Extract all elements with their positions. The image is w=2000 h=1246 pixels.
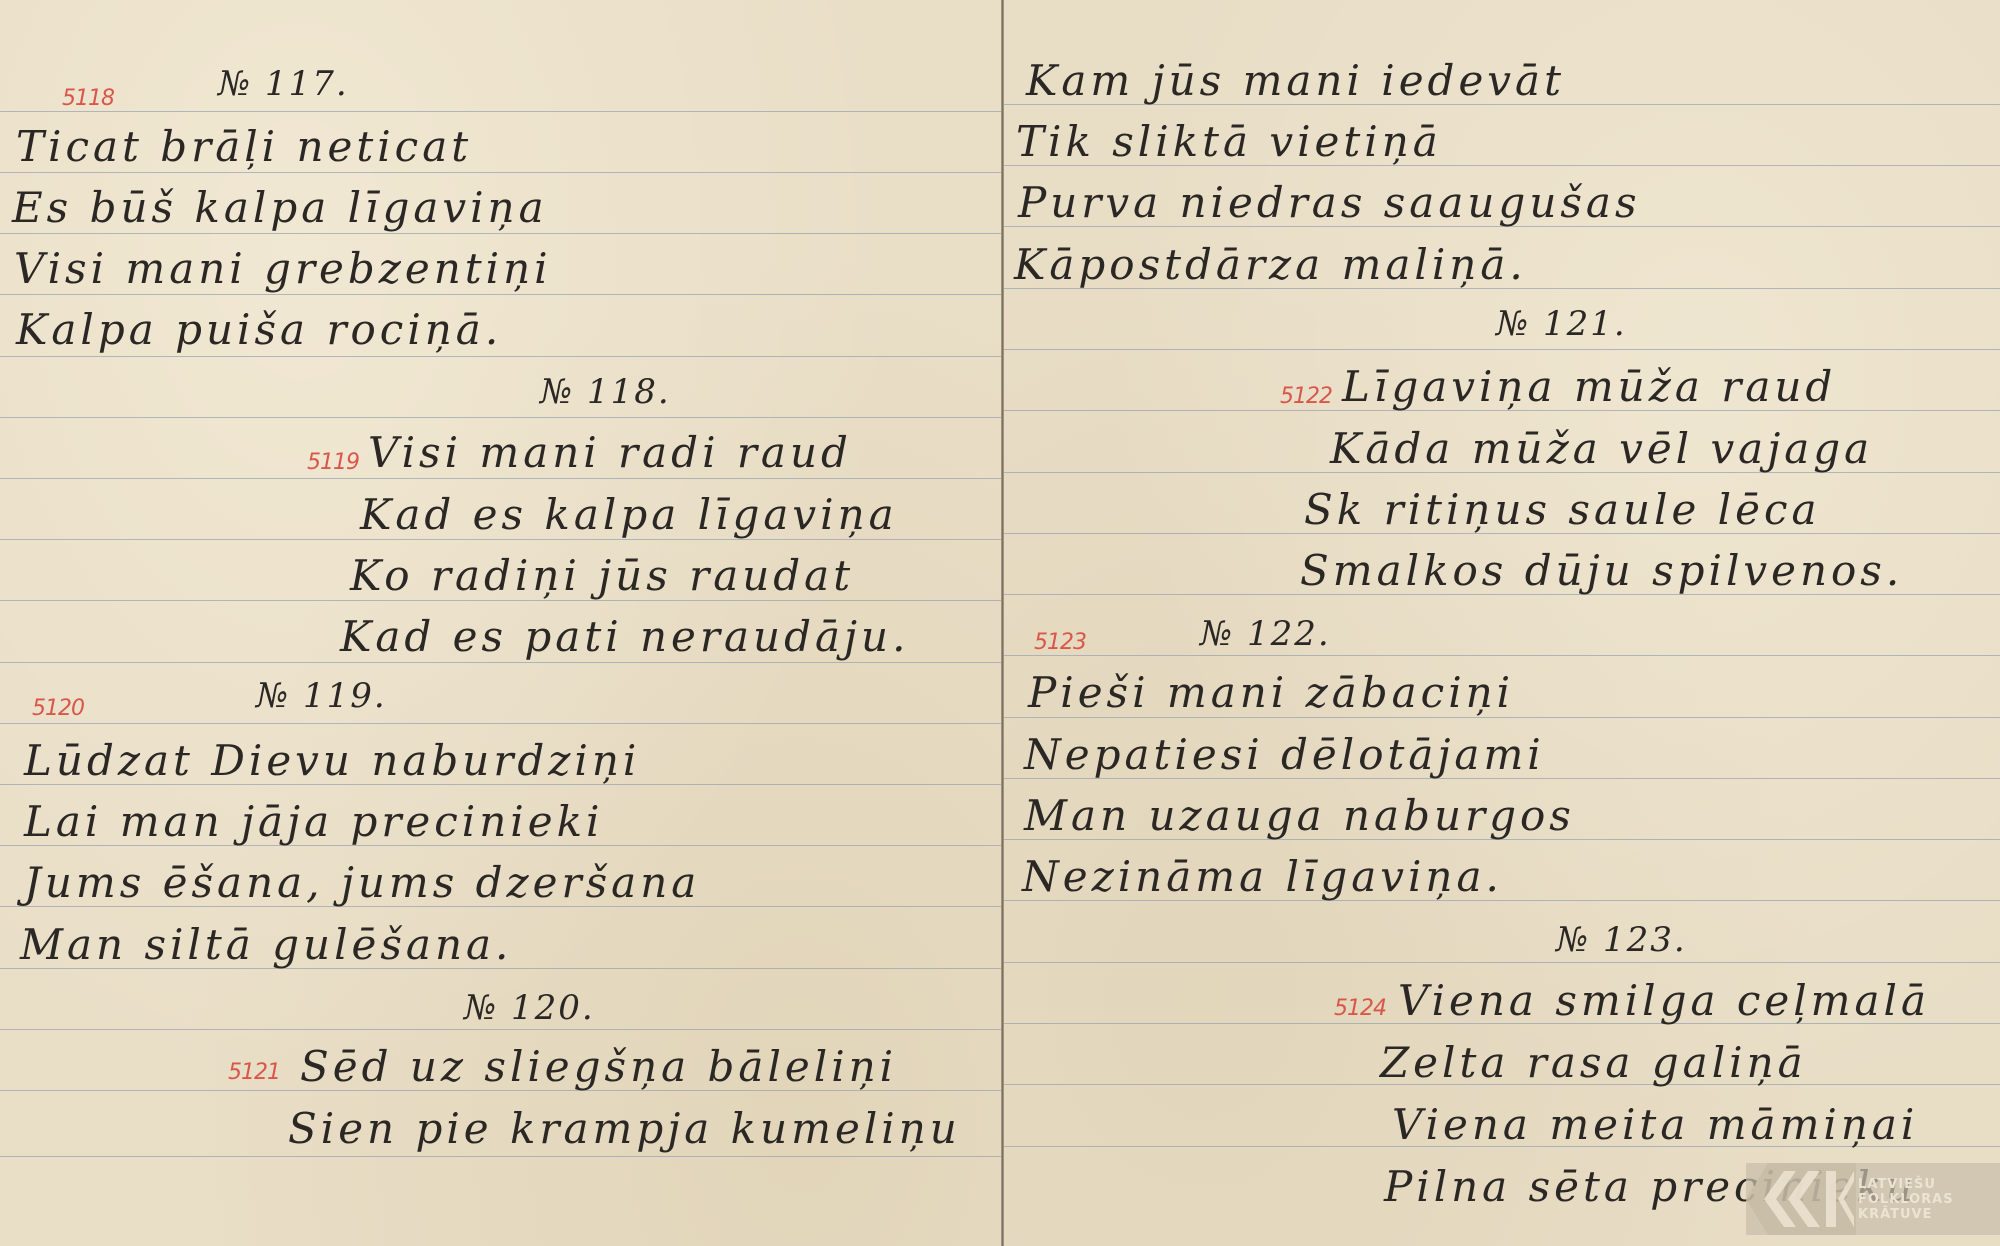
verse-line: Smalkos dūju spilvenos.: [1300, 546, 1903, 595]
archive-number: 5119: [307, 450, 359, 475]
ruled-line: [0, 172, 1002, 173]
verse-line: Sien pie krampja kumeliņu: [288, 1104, 961, 1153]
verse-line: Līgaviņa mūža raud: [1342, 362, 1836, 411]
ruled-line: [1004, 655, 2000, 656]
ruled-line: [0, 356, 1002, 357]
ruled-line: [0, 723, 1002, 724]
watermark-line: FOLKLORAS: [1858, 1192, 1954, 1207]
verse-line: Sēd uz sliegšņa bāleliņi: [300, 1042, 897, 1091]
song-number: № 120.: [464, 988, 595, 1028]
archive-number: 5118: [62, 86, 114, 111]
song-number: № 121.: [1496, 304, 1627, 344]
verse-line: Jums ēšana, jums dzeršana: [24, 858, 700, 907]
ruled-line: [0, 294, 1002, 295]
verse-line: Man uzauga naburgos: [1024, 791, 1575, 840]
song-number: № 123.: [1556, 920, 1687, 960]
verse-line: Man siltā gulēšana.: [20, 920, 512, 969]
ruled-line: [0, 478, 1002, 479]
verse-line: Kalpa puiša rociņā.: [16, 305, 502, 354]
ruled-line: [0, 539, 1002, 540]
right-page: Kam jūs mani iedevāt Tik sliktā vietiņā …: [1004, 0, 2000, 1246]
archive-number: 5120: [32, 696, 84, 721]
ruled-line: [0, 662, 1002, 663]
verse-line: Lai man jāja precinieki: [24, 797, 603, 846]
archive-number: 5122: [1280, 384, 1332, 409]
watermark-line: KRĀTUVE: [1858, 1207, 1954, 1222]
verse-line: Kad es kalpa līgaviņa: [360, 490, 898, 539]
ruled-line: [1004, 717, 2000, 718]
archive-number: 5124: [1334, 996, 1386, 1021]
verse-line: Kāpostdārza maliņā.: [1014, 240, 1527, 289]
verse-line: Es būš kalpa līgaviņa: [12, 183, 548, 232]
verse-line: Viena smilga ceļmalā: [1398, 976, 1930, 1025]
verse-line: Viena meita māmiņai: [1392, 1100, 1918, 1149]
verse-line: Visi mani grebzentiņi: [14, 244, 552, 293]
watermark-text: LATVIEŠU FOLKLORAS KRĀTUVE: [1858, 1177, 1954, 1222]
verse-line: Kam jūs mani iedevāt: [1026, 56, 1565, 105]
verse-line: Zelta rasa galiņā: [1380, 1038, 1807, 1087]
ruled-line: [0, 1029, 1002, 1030]
song-number: № 119.: [256, 676, 387, 716]
ruled-line: [0, 111, 1002, 112]
verse-line: Kad es pati neraudāju.: [340, 612, 909, 661]
archive-watermark: LATVIEŠU FOLKLORAS KRĀTUVE: [1746, 1163, 2000, 1235]
ruled-line: [1004, 349, 2000, 350]
left-page: 5118 № 117. Ticat brāļi neticat Es būš k…: [0, 0, 1002, 1246]
ruled-line: [0, 1156, 1002, 1157]
verse-line: Purva niedras saaugušas: [1018, 178, 1641, 227]
verse-line: Ko radiņi jūs raudat: [350, 551, 854, 600]
verse-line: Sk ritiņus saule lēca: [1304, 485, 1821, 534]
archive-number: 5121: [228, 1060, 280, 1085]
song-number: № 118.: [540, 372, 671, 412]
verse-line: Pieši mani zābaciņi: [1028, 668, 1514, 717]
archive-number: 5123: [1034, 630, 1086, 655]
verse-line: Nezināma līgaviņa.: [1022, 852, 1503, 901]
ruled-line: [0, 600, 1002, 601]
song-number: № 117.: [218, 64, 349, 104]
verse-line: Tik sliktā vietiņā: [1016, 117, 1442, 166]
verse-line: Ticat brāļi neticat: [16, 122, 472, 171]
notebook-spread: 5118 № 117. Ticat brāļi neticat Es būš k…: [0, 0, 2000, 1246]
verse-line: Kāda mūža vēl vajaga: [1330, 424, 1873, 473]
ruled-line: [1004, 962, 2000, 963]
ruled-line: [0, 417, 1002, 418]
song-number: № 122.: [1200, 614, 1331, 654]
ruled-line: [0, 233, 1002, 234]
verse-line: Visi mani radi raud: [368, 428, 852, 477]
watermark-line: LATVIEŠU: [1858, 1177, 1954, 1192]
verse-line: Nepatiesi dēlotājami: [1024, 730, 1545, 779]
lfk-chevron-logo-icon: [1746, 1163, 1856, 1235]
verse-line: Lūdzat Dievu naburdziņi: [24, 736, 640, 785]
